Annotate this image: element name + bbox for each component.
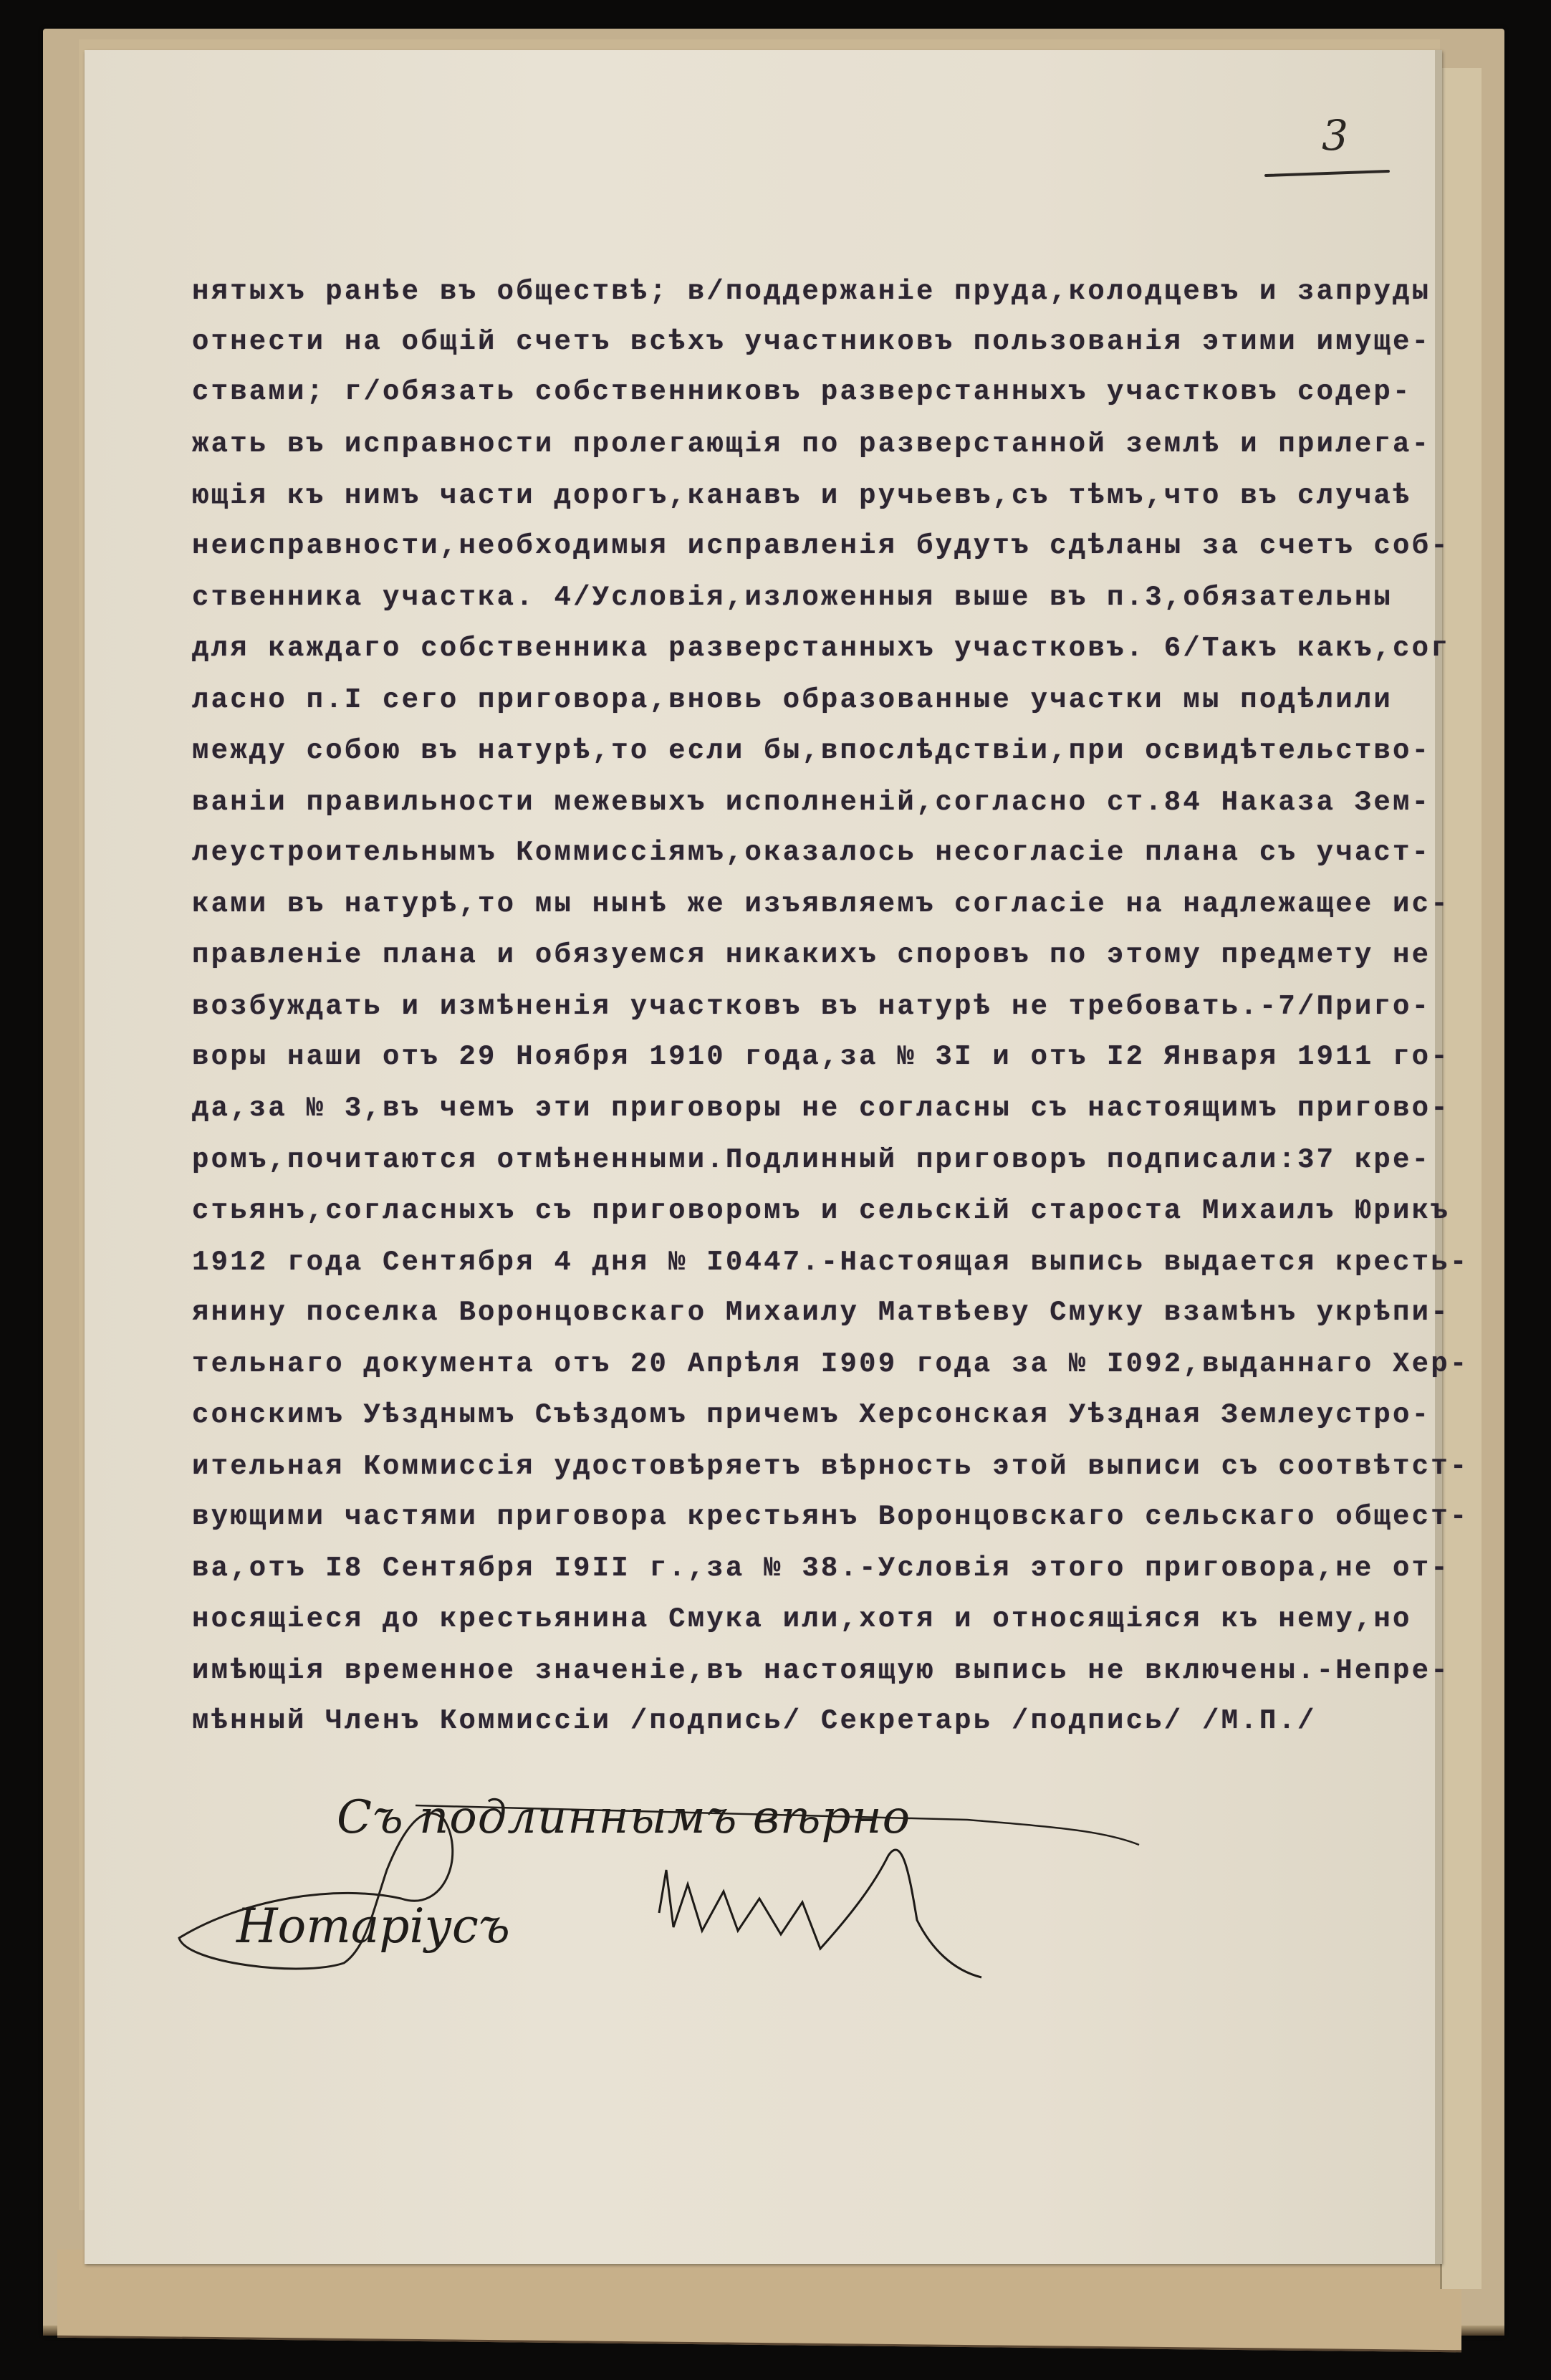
text-line: тельнаго документа отъ 20 Апрѣля I909 го… [192, 1348, 1367, 1380]
text-line: ствами; г/обязать собственниковъ разверс… [192, 376, 1367, 408]
underlying-sheet-edge [57, 2250, 1461, 2353]
text-line: ственника участка. 4/Условiя,изложенныя … [192, 582, 1367, 613]
text-line: леустроительнымъ Коммиссiямъ,оказалось н… [192, 837, 1367, 868]
text-line: неисправности,необходимыя исправленiя бу… [192, 530, 1367, 562]
text-line: ласно п.I сего приговора,вновь образован… [192, 684, 1367, 716]
text-line: нятыхъ ранѣе въ обществѣ; в/поддержанiе … [192, 276, 1367, 307]
text-line: воры наши отъ 29 Ноября 1910 года,за № 3… [192, 1041, 1367, 1073]
text-line: возбуждать и измѣненiя участковъ въ нату… [192, 991, 1367, 1022]
page-number: 3 [1322, 111, 1348, 160]
text-line: для каждаго собственника разверстанныхъ … [192, 633, 1367, 664]
underlying-sheet-right-edge [1440, 68, 1482, 2289]
text-line: ванiи правильности межевыхъ исполненiй,с… [192, 787, 1367, 818]
text-line: ющiя къ нимъ части дорогъ,канавъ и ручье… [192, 480, 1367, 512]
text-line: янину поселка Воронцовскаго Михаилу Матв… [192, 1297, 1367, 1328]
text-line: ительная Коммиссiя удостовѣряетъ вѣрност… [192, 1451, 1367, 1482]
text-line: между собою въ натурѣ,то если бы,впослѣд… [192, 735, 1367, 767]
text-line: отнести на общiй счетъ всѣхъ участниковъ… [192, 326, 1367, 358]
notary-signature-flourish [158, 1777, 1161, 1992]
text-line: правленiе плана и обязуемся никакихъ спо… [192, 939, 1367, 971]
text-line: 1912 года Сентября 4 дня № I0447.-Настоя… [192, 1247, 1367, 1278]
text-line: сонскимъ Уѣзднымъ Съѣздомъ причемъ Херсо… [192, 1399, 1367, 1431]
text-line: носящiеся до крестьянина Смука или,хотя … [192, 1603, 1367, 1635]
text-line: да,за № 3,въ чемъ эти приговоры не согла… [192, 1093, 1367, 1124]
text-line: вующими частями приговора крестьянъ Воро… [192, 1501, 1367, 1532]
text-line: мѣнный Членъ Коммиссiи /подпись/ Секрета… [192, 1705, 1367, 1737]
text-line: ромъ,почитаются отмѣненными.Подлинный пр… [192, 1144, 1367, 1176]
text-line: жать въ исправности пролегающiя по разве… [192, 428, 1367, 460]
text-line: стьянъ,согласныхъ съ приговоромъ и сельс… [192, 1195, 1367, 1227]
text-line: ками въ натурѣ,то мы нынѣ же изъявляемъ … [192, 888, 1367, 920]
text-line: ва,отъ I8 Сентября I9II г.,за № 38.-Усло… [192, 1553, 1367, 1584]
text-line: имѣющiя временное значенiе,въ настоящую … [192, 1655, 1367, 1686]
